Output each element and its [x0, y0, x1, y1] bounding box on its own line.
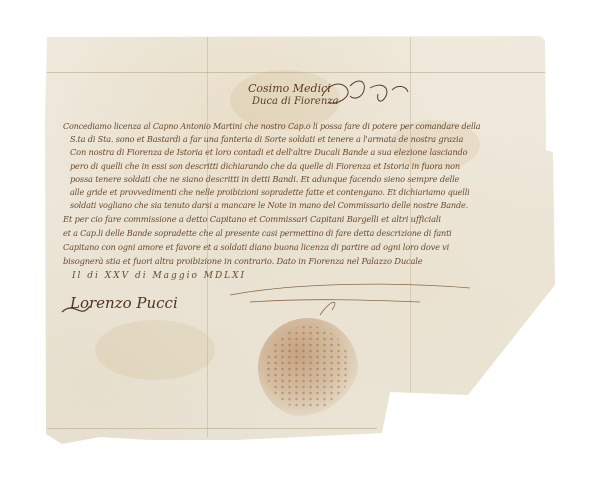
stain-mark — [95, 320, 215, 380]
body-line: S.ta di Sta. sono et Bastardi a far una … — [70, 134, 463, 144]
seal-texture — [258, 318, 358, 418]
wax-seal — [258, 318, 358, 418]
body-line: soldati vogliano che sia tenuto darsi a … — [70, 200, 468, 210]
body-line: Concediamo licenza al Capno Antonio Mart… — [63, 121, 480, 131]
body-line: pero di quelli che in essi son descritti… — [70, 161, 460, 171]
fold-line-bottom — [47, 428, 377, 429]
body-line: et a Cap.li delle Bande sopradette che a… — [63, 228, 452, 238]
flourish-icon — [220, 280, 480, 320]
heading-line-1: Cosimo Medici — [248, 82, 331, 95]
body-line: Capitano con ogni amore et favore et a s… — [63, 242, 449, 252]
flourish-icon — [320, 76, 410, 116]
signature-flourish-icon — [60, 292, 180, 322]
body-line: alle gride et provvedimenti che nelle pr… — [70, 187, 470, 197]
body-line: bisognerà stia et fuori altra proibizion… — [63, 256, 423, 266]
body-line: Et per cio fare commissione a detto Capi… — [63, 214, 441, 224]
body-line: possa tenere soldati che ne siano descri… — [70, 174, 459, 184]
body-line: Con nostra di Fiorenza de Istoria et lor… — [70, 147, 467, 157]
